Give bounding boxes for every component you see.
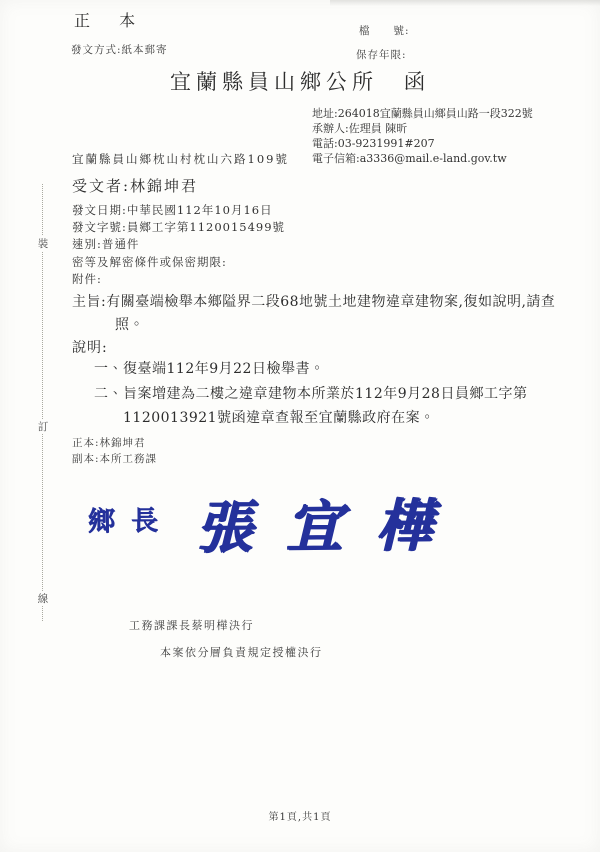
addressee-line: 受文者:林錦坤君: [72, 175, 198, 196]
scan-artifact: [330, 0, 600, 6]
description-item-2: 二、旨案增建為二樓之違章建物本所業於112年9月28日員鄉工字第11200139…: [94, 382, 546, 431]
attachment-line: 附件:: [72, 271, 472, 288]
official-letter-page: 裝 訂 線 正 本 發文方式:紙本郵寄 檔 號: 保存年限: 宜蘭縣員山鄉公所 …: [0, 0, 600, 852]
file-number-label: 檔 號:: [359, 23, 410, 38]
sender-contact-person: 承辦人:佐理員 陳昕: [312, 121, 574, 136]
original-copy-line: 正本:林錦坤君: [72, 436, 157, 452]
document-meta-block: 發文日期:中華民國112年10月16日 發文字號:員鄉工字第1120015499…: [72, 202, 472, 288]
sender-address: 地址:264018宜蘭縣員山鄉員山路一段322號: [312, 106, 574, 121]
delivery-method-label: 發文方式:紙本郵寄: [71, 42, 168, 57]
carbon-copy-line: 副本:本所工務課: [72, 452, 157, 468]
recipient-mailing-address: 宜蘭縣員山鄉枕山村枕山六路109號: [72, 151, 289, 167]
binding-mark-xian: 線: [36, 591, 50, 606]
issue-date-line: 發文日期:中華民國112年10月16日: [72, 202, 472, 219]
signature-title: 鄉長: [88, 505, 174, 537]
retention-period-label: 保存年限:: [356, 47, 407, 62]
description-item-1: 一、復臺端112年9月22日檢舉書。: [94, 357, 546, 382]
binding-mark-zhuang: 裝: [36, 236, 50, 251]
security-line: 密等及解密條件或保密期限:: [72, 254, 472, 271]
sender-email: 電子信箱:a3336@mail.e-land.gov.tw: [312, 151, 574, 166]
binding-mark-ding: 訂: [36, 419, 50, 434]
document-title: 宜蘭縣員山鄉公所 函: [0, 66, 600, 96]
sender-phone: 電話:03-9231991#207: [312, 136, 574, 151]
signature-stamp: 鄉長張宜樺: [88, 481, 509, 580]
sender-info-block: 地址:264018宜蘭縣員山鄉員山路一段322號 承辦人:佐理員 陳昕 電話:0…: [312, 106, 574, 166]
description-label: 說明:: [72, 337, 108, 357]
page-number-footer: 第1頁,共1頁: [0, 808, 600, 823]
copy-type-label: 正 本: [74, 8, 147, 31]
subject-paragraph: 主旨:有關臺端檢舉本鄉隘界二段68地號土地建物違章建物案,復如說明,請查照。: [72, 291, 577, 337]
signature-name: 張宜樺: [196, 492, 467, 561]
approval-line-2: 本案依分層負責規定授權決行: [160, 644, 323, 660]
description-items: 一、復臺端112年9月22日檢舉書。 二、旨案增建為二樓之違章建物本所業於112…: [94, 357, 546, 431]
doc-number-line: 發文字號:員鄉工字第1120015499號: [72, 219, 472, 236]
approval-line-1: 工務課課長蔡明樺決行: [129, 617, 254, 633]
priority-line: 速別:普通件: [72, 236, 472, 253]
distribution-block: 正本:林錦坤君 副本:本所工務課: [72, 436, 157, 467]
